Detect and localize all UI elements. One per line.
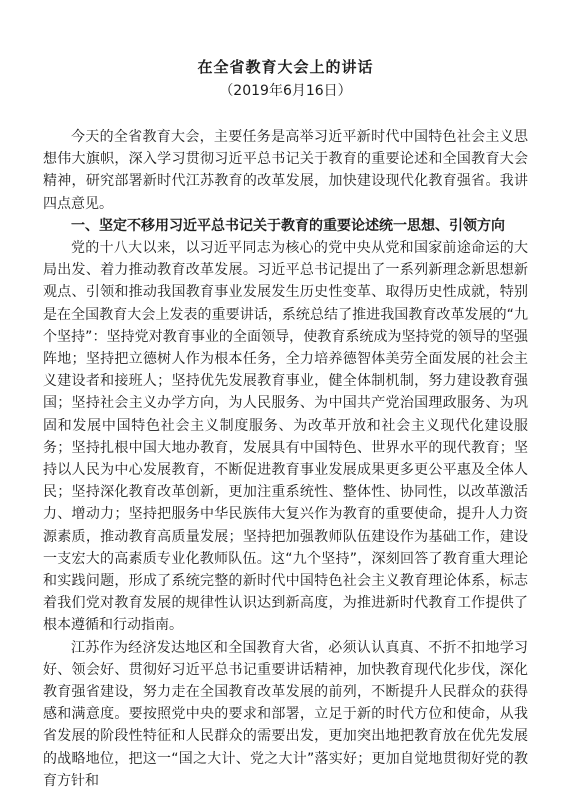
paragraph-intro: 今天的全省教育大会，主要任务是高举习近平新时代中国特色社会主义思想伟大旗帜，深入… [43, 126, 528, 215]
page-title: 在全省教育大会上的讲话 [43, 56, 528, 78]
document-date: （2019年6月16日） [43, 80, 528, 102]
section-heading-1: 一、坚定不移用习近平总书记关于教育的重要论述统一思想、引领方向 [43, 215, 528, 237]
paragraph-nine-persistences: 党的十八大以来，以习近平同志为核心的党中央从党和国家前途命运的大局出发、着力推动… [43, 237, 528, 637]
document-body: 今天的全省教育大会，主要任务是高举习近平新时代中国特色社会主义思想伟大旗帜，深入… [43, 126, 528, 792]
document-page: 在全省教育大会上的讲话 （2019年6月16日） 今天的全省教育大会，主要任务是… [0, 0, 570, 807]
paragraph-jiangsu: 江苏作为经济发达地区和全国教育大省，必须认认真真、不折不扣地学习好、领会好、贯彻… [43, 637, 528, 792]
